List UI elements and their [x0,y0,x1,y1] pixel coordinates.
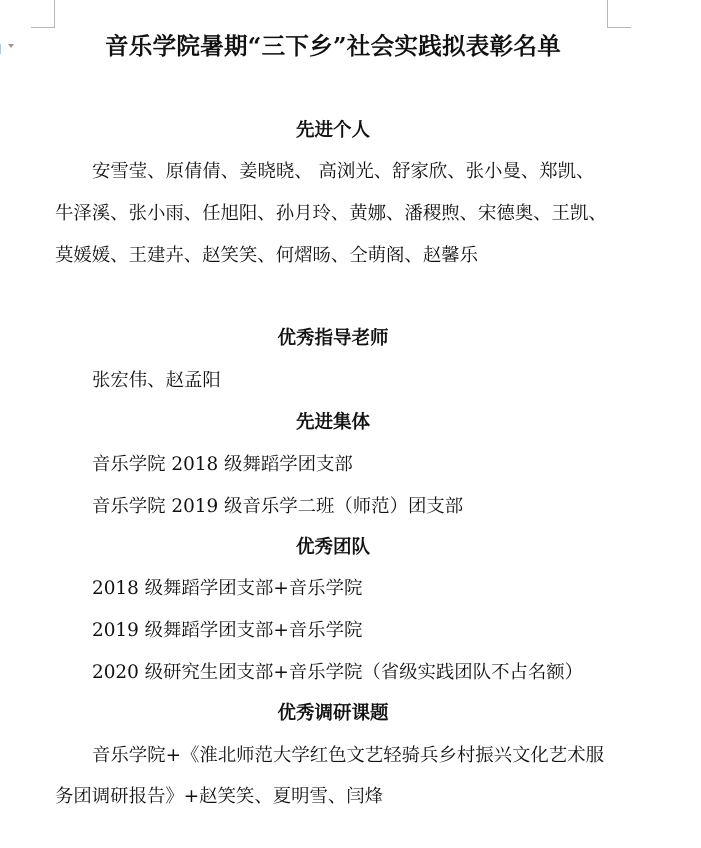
page-corner-mark-top-right [607,0,631,28]
paragraph-line: 牛泽溪、张小雨、任旭阳、孙月玲、黄娜、潘稷煦、宋德奥、王凯、 [55,205,607,223]
section-heading-excellent-research: 优秀调研课题 [0,705,666,724]
paragraph-line: 务团调研报告》+赵笑笑、夏明雪、闫烽 [55,788,383,806]
paragraph-line: 音乐学院 2019 级音乐学二班（师范）团支部 [92,498,463,516]
paragraph-line: 张宏伟、赵孟阳 [92,372,221,390]
paragraph-line: 音乐学院 2018 级舞蹈学团支部 [92,456,353,474]
paragraph-line: 2018 级舞蹈学团支部+音乐学院 [92,580,362,598]
paragraph-line: 2019 级舞蹈学团支部+音乐学院 [92,622,362,640]
section-heading-advanced-collectives: 先进集体 [0,414,666,433]
paragraph-line: 2020 级研究生团支部+音乐学院（省级实践团队不占名额） [92,664,583,682]
section-heading-excellent-teams: 优秀团队 [0,539,666,558]
paragraph-line: 莫媛媛、王建卉、赵笑笑、何熠旸、仝萌阁、赵馨乐 [55,247,478,265]
page-corner-mark-top-left [31,0,55,28]
paragraph-line: 音乐学院+《淮北师范大学红色文艺轻骑兵乡村振兴文化艺术服 [92,747,604,765]
document-title: 音乐学院暑期“三下乡”社会实践拟表彰名单 [0,35,666,59]
section-heading-excellent-advisors: 优秀指导老师 [0,330,666,349]
paragraph-line: 安雪莹、原倩倩、姜晓晓、 高浏光、舒家欣、张小曼、郑凯、 [92,163,594,181]
section-heading-advanced-individuals: 先进个人 [0,122,666,141]
